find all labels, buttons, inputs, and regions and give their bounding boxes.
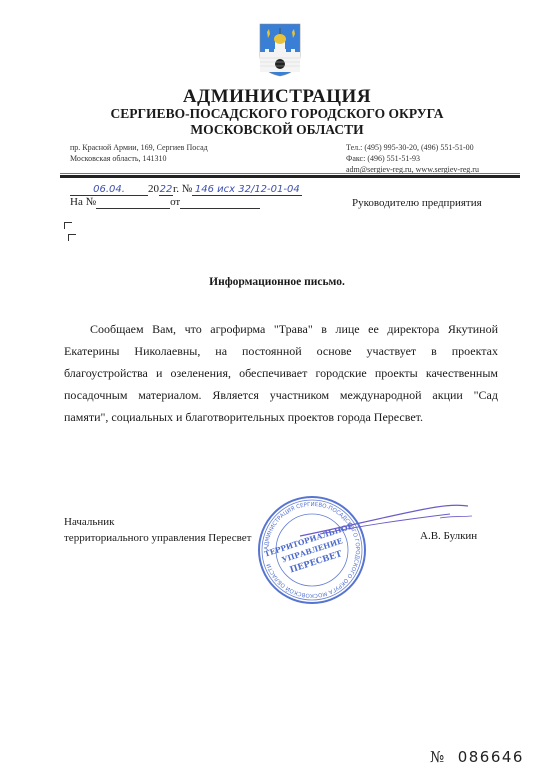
corner-mark (68, 234, 76, 241)
org-subtitle-line2: МОСКОВСКОЙ ОБЛАСТИ (0, 122, 554, 138)
year-prefix: 20 (148, 183, 159, 195)
ref-from-label: от (170, 196, 180, 208)
ref-date-blank (180, 197, 260, 209)
letter-title: Информационное письмо. (0, 276, 554, 288)
header-divider-thick (60, 175, 520, 178)
org-subtitle-line1: СЕРГИЕВО-ПОСАДСКОГО ГОРОДСКОГО ОКРУГА (0, 106, 554, 122)
org-subtitle: СЕРГИЕВО-ПОСАДСКОГО ГОРОДСКОГО ОКРУГА МО… (0, 106, 554, 138)
registration-line: 06.04.2022г. №146 исх 32/12-01-04 (70, 183, 302, 196)
position-line1: Начальник (64, 514, 251, 530)
registration-date: 06.04. (70, 184, 148, 196)
letter-body: Сообщаем Вам, что агрофирма "Трава" в ли… (64, 318, 498, 428)
postal-address: пр. Красной Армии, 169, Сергиев Посад Мо… (70, 142, 208, 164)
corner-mark (64, 222, 72, 229)
recipient: Руководителю предприятия (352, 197, 482, 209)
org-title: АДМИНИСТРАЦИЯ (0, 86, 554, 108)
address-line2: Московская область, 141310 (70, 153, 208, 164)
year-label: г. № (173, 183, 192, 195)
reference-line: На № от (70, 196, 260, 209)
contact-info: Тел.: (495) 995-30-20, (496) 551-51-00 Ф… (346, 142, 479, 175)
serial-value: 086646 (458, 748, 524, 766)
year-suffix: 22 (159, 184, 173, 196)
form-serial-number: №086646 (430, 748, 524, 766)
coat-of-arms-icon (258, 22, 302, 78)
signatory-position: Начальник территориального управления Пе… (64, 514, 251, 546)
ref-label: На № (70, 196, 96, 208)
fax: Факс: (496) 551-51-93 (346, 153, 479, 164)
position-line2: территориального управления Пересвет (64, 530, 251, 546)
registration-number: 146 исх 32/12-01-04 (192, 184, 302, 196)
serial-label: № (430, 748, 446, 766)
phone: Тел.: (495) 995-30-20, (496) 551-51-00 (346, 142, 479, 153)
ref-number-blank (96, 197, 170, 209)
handwritten-signature (290, 500, 480, 540)
address-line1: пр. Красной Армии, 169, Сергиев Посад (70, 142, 208, 153)
header-divider-thin (60, 173, 520, 174)
